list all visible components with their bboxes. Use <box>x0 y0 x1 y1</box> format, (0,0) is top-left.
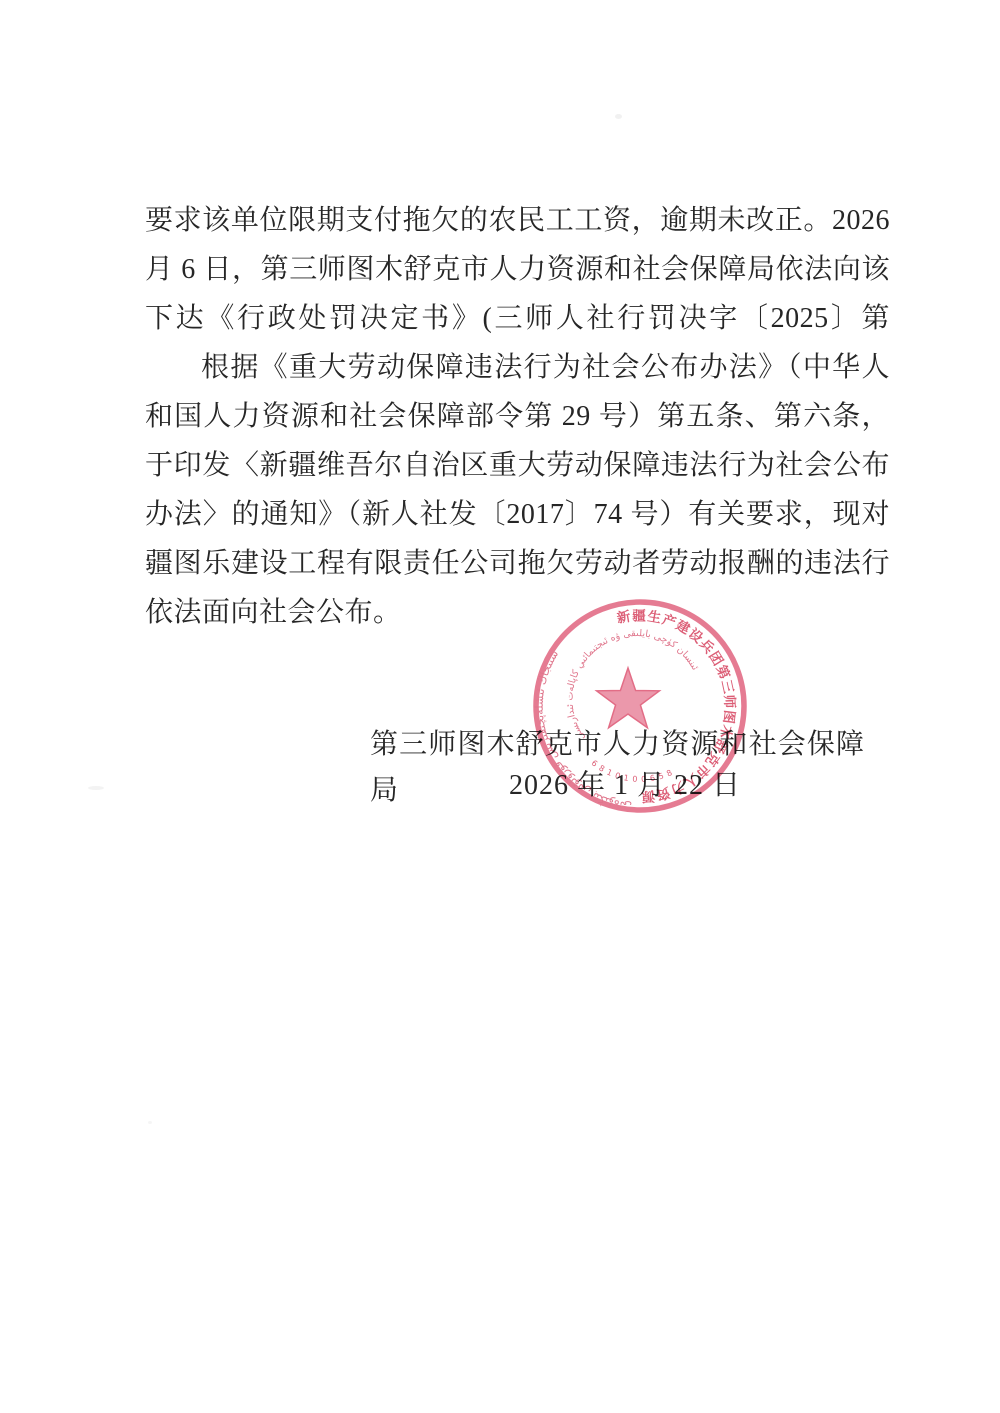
body-line: 和国人力资源和社会保障部令第 29 号）第五条、第六条，及《关 <box>145 392 890 441</box>
svg-text:6810100658: 6810100658 <box>590 758 678 784</box>
body-line: 根据《重大劳动保障违法行为社会公布办法》（中华人民共 <box>145 343 890 392</box>
body-line: 依法面向社会公布。 <box>145 588 890 637</box>
scan-artifact <box>88 786 104 790</box>
seal-serial-number: 6810100658 <box>590 758 678 784</box>
body-text: 要求该单位限期支付拖欠的农民工工资，逾期未改正。2026 年 1 月 6 日，第… <box>145 196 890 637</box>
document-page: 要求该单位限期支付拖欠的农民工工资，逾期未改正。2026 年 1 月 6 日，第… <box>0 0 1000 1413</box>
star-icon <box>597 668 660 728</box>
body-line: 下达《行政处罚决定书》(三师人社行罚决字〔2025〕第 0028 号)。 <box>145 294 890 343</box>
body-line: 于印发〈新疆维吾尔自治区重大劳动保障违法行为社会公布实施 <box>145 441 890 490</box>
body-line: 月 6 日，第三师图木舒克市人力资源和社会保障局依法向该单位 <box>145 245 890 294</box>
body-line: 办法〉的通知》（新人社发〔2017〕74 号）有关要求，现对新 <box>145 490 890 539</box>
body-line: 疆图乐建设工程有限责任公司拖欠劳动者劳动报酬的违法行为 <box>145 539 890 588</box>
official-seal: 新疆生产建设兵团第三师图木舒克市人力资源和社会保障局 شىنجاڭ ئىشلەپ… <box>520 595 760 835</box>
scan-artifact <box>148 1121 152 1124</box>
scan-artifact <box>615 114 622 119</box>
body-line: 要求该单位限期支付拖欠的农民工工资，逾期未改正。2026 年 1 <box>145 196 890 245</box>
